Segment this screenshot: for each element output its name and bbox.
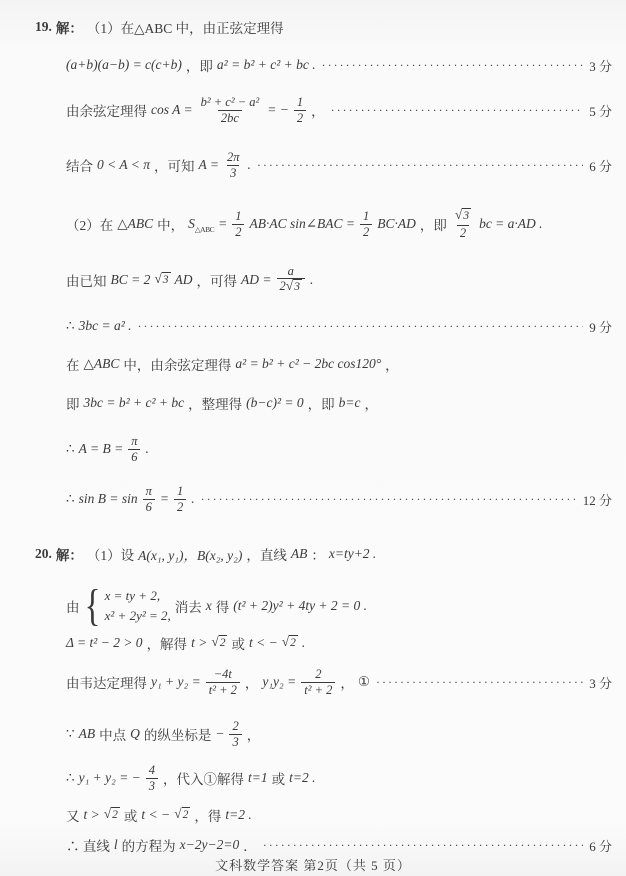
fraction-denominator: 6 — [128, 449, 140, 464]
equation-system: x = ty + 2, x² + 2y² = 2, — [105, 588, 171, 624]
math-segment: A(x₁, y₁)，B(x₂, y₂) — [138, 544, 242, 564]
q20-step-6: 又 t > √2 或 t < − √2 ，得 t=2 . — [66, 804, 252, 826]
text-segment: ，代入①解得 — [163, 768, 244, 788]
sqrt-radical: √2 — [174, 807, 190, 824]
text-segment: 由 — [66, 596, 80, 616]
math-segment: t > — [191, 635, 207, 651]
sqrt-radical: √3 — [154, 272, 170, 289]
therefore-symbol: ∴ — [66, 318, 75, 334]
fraction: −4t t² + 2 — [206, 667, 240, 697]
fraction-denominator: 2√3 — [277, 278, 305, 296]
math-segment: t=2 . — [289, 770, 315, 786]
q20-step-5: ∴ y₁ + y₂ = − 4 3 ，代入①解得 t=1 或 t=2 . — [66, 756, 316, 800]
math-segment: BC = 2 — [111, 272, 151, 288]
math-segment: t=1 — [248, 770, 268, 786]
fraction: 4 3 — [146, 763, 158, 793]
fraction-denominator: t² + 2 — [301, 682, 335, 697]
math-segment: AB·AC sin∠BAC = — [249, 216, 355, 232]
fraction-numerator: 1 — [294, 95, 306, 109]
q19-step-3: 结合 0 < A < π ，可知 A = 2π 3 . ············… — [66, 143, 612, 187]
math-segment: x=ty+2 . — [329, 546, 376, 562]
text-segment: 消去 — [175, 596, 202, 616]
math-segment: = − — [267, 102, 289, 118]
fraction: 2 t² + 2 — [301, 667, 335, 697]
fraction-numerator: 2π — [224, 150, 243, 164]
text-segment: ，解得 — [147, 633, 188, 653]
fraction-numerator: a — [285, 264, 297, 278]
text-segment: ，即 — [420, 214, 447, 234]
math-segment: x — [206, 598, 212, 614]
fraction: 2 3 — [229, 719, 241, 749]
fraction: 1 2 — [360, 209, 372, 239]
math-segment: AB — [79, 726, 96, 742]
question-number: 20. — [35, 546, 52, 562]
math-segment: x−2y−2=0 — [180, 837, 240, 853]
text-segment: 的纵坐标是 — [144, 724, 212, 744]
dotted-leader: ········································… — [138, 318, 584, 334]
q19-step-2: 由余弦定理得 cos A = b² + c² − a² 2bc = − 1 2 … — [66, 88, 612, 132]
text-segment: 又 — [66, 805, 80, 825]
math-segment: (b−c)² = 0 — [246, 395, 304, 411]
fraction-numerator: π — [143, 484, 155, 498]
solve-label: 解： — [56, 17, 83, 37]
math-segment: = — [218, 216, 227, 232]
math-segment: y₁ + y₂ = — [151, 674, 201, 690]
math-segment: AD — [175, 272, 193, 288]
math-segment: t < − — [249, 635, 278, 651]
fraction: a 2√3 — [277, 264, 305, 296]
q19-step-6: ∴ 3bc = a² . ···························… — [66, 315, 612, 337]
text-segment: ，可得 — [197, 270, 238, 290]
sqrt-radical: √3 — [455, 208, 471, 225]
q20-step-4: ∵ AB 中点 Q 的纵坐标是 − 2 3 ， — [66, 712, 260, 756]
text-segment: 或 — [231, 633, 245, 653]
text-segment: 由余弦定理得 — [66, 100, 147, 120]
text-segment: 即 — [66, 393, 80, 413]
therefore-symbol: ∴ — [66, 770, 75, 786]
text-segment: 或 — [124, 805, 138, 825]
solve-label: 解： — [56, 544, 83, 564]
answer-sheet-page: 19. 解： （1）在△ABC 中，由正弦定理得 (a+b)(a−b) = c(… — [0, 0, 626, 876]
radical-icon: √ — [104, 807, 111, 822]
fraction-denominator: 3 — [146, 778, 158, 793]
fraction: b² + c² − a² 2bc — [198, 95, 263, 125]
footer-text: 文科数学答案 第2页（共 5 页） — [215, 855, 411, 874]
math-segment: − — [215, 726, 224, 742]
text-segment: 结合 — [66, 155, 93, 175]
text-segment: ， — [365, 393, 379, 413]
score-label: 12 分 — [583, 490, 612, 509]
fraction-denominator: 3 — [227, 165, 239, 180]
fraction: 1 2 — [174, 484, 186, 514]
text-segment: ， — [311, 100, 325, 120]
fraction-numerator: 4 — [146, 763, 158, 777]
fraction-numerator: 1 — [232, 209, 244, 223]
q19-step-10: ∴ sin B = sin π 6 = 1 2 . ··············… — [66, 477, 612, 521]
q20-step-3: 由韦达定理得 y₁ + y₂ = −4t t² + 2 ， y₁y₂ = 2 t… — [66, 660, 612, 704]
text-segment: ， — [385, 354, 399, 374]
text-segment: 中，由余弦定理得 — [123, 354, 231, 374]
score-label: 6 分 — [589, 156, 612, 175]
fraction-denominator: 2 — [360, 224, 372, 239]
system-equation-1: x = ty + 2, — [105, 588, 160, 604]
math-segment: t > — [84, 807, 100, 823]
math-segment: A = — [199, 157, 220, 173]
score-label: 5 分 — [589, 101, 612, 120]
score-label: 3 分 — [589, 673, 612, 692]
fraction-denominator: 6 — [143, 499, 155, 514]
area-subscript: △ABC — [195, 225, 214, 234]
fraction-numerator: π — [128, 434, 140, 448]
text-segment: （2）在 — [66, 214, 113, 234]
math-segment: bc = a·AD . — [479, 216, 542, 232]
math-segment: t < − — [141, 807, 170, 823]
fraction-denominator: 2bc — [218, 110, 242, 125]
math-segment: a² = b² + c² + bc . — [217, 57, 316, 73]
fraction: 2π 3 — [224, 150, 243, 180]
text-segment: ： — [311, 544, 325, 564]
text-segment: 由韦达定理得 — [66, 672, 147, 692]
q19-step-9: ∴ A = B = π 6 . — [66, 427, 149, 471]
q19-header: 19. 解： （1）在△ABC 中，由正弦定理得 — [35, 16, 284, 38]
q19-step-5: 由已知 BC = 2 √3 AD ，可得 AD = a 2√3 . — [66, 258, 313, 302]
because-symbol: ∵ — [66, 726, 75, 742]
sqrt-radical: √2 — [211, 635, 227, 652]
area-symbol: S△ABC — [188, 216, 214, 232]
text-segment: ，直线 — [246, 544, 287, 564]
math-segment: 3bc = a² . — [79, 318, 132, 334]
equation-ref-circle-1: ① — [358, 674, 370, 690]
text-segment: ， — [245, 672, 259, 692]
system-brace: { — [84, 586, 100, 626]
fraction-denominator: t² + 2 — [206, 682, 240, 697]
math-segment: 0 < A < π — [97, 157, 150, 173]
fraction-denominator: 2 — [232, 224, 244, 239]
system-equation-2: x² + 2y² = 2, — [105, 608, 171, 624]
score-label: 6 分 — [589, 836, 612, 855]
radical-icon: √ — [211, 635, 218, 650]
math-segment: Q — [130, 726, 140, 742]
math-segment: . — [302, 635, 305, 651]
score-label: 9 分 — [589, 317, 612, 336]
math-segment: a² = b² + c² − 2bc cos120° — [235, 356, 381, 372]
math-segment: AB — [291, 546, 308, 562]
text-segment: 得 — [216, 596, 230, 616]
therefore-symbol: ∴ — [66, 441, 75, 457]
math-segment: . — [310, 272, 313, 288]
math-segment: △ABC — [84, 356, 120, 372]
radical-icon: √ — [282, 635, 289, 650]
text-segment: （1）在△ABC 中，由正弦定理得 — [87, 17, 284, 37]
text-segment: ，即 — [308, 393, 335, 413]
q19-step-1: (a+b)(a−b) = c(c+b) ，即 a² = b² + c² + bc… — [66, 54, 612, 76]
text-segment: 中， — [157, 214, 184, 234]
score-label: 3 分 — [589, 56, 612, 75]
dotted-leader: ········································… — [257, 157, 583, 173]
therefore-symbol: ∴ 直线 — [66, 835, 110, 855]
math-segment: y₁ + y₂ = − — [79, 770, 141, 786]
q19-step-8: 即 3bc = b² + c² + bc ，整理得 (b−c)² = 0 ，即 … — [66, 392, 378, 414]
fraction-denominator: 2 — [294, 110, 306, 125]
math-segment: y₁y₂ = — [262, 674, 296, 690]
fraction-denominator: 3 — [229, 734, 241, 749]
math-segment: . — [145, 441, 148, 457]
fraction-numerator: 1 — [360, 209, 372, 223]
text-segment: ． — [243, 835, 257, 855]
q20-header: 20. 解： （1）设 A(x₁, y₁)，B(x₂, y₂) ，直线 AB ：… — [35, 543, 376, 565]
fraction-numerator: √3 — [452, 208, 474, 225]
sqrt-radical: √2 — [282, 635, 298, 652]
q19-step-4: （2）在 △ABC 中， S△ABC = 1 2 AB·AC sin∠BAC =… — [66, 202, 543, 246]
q20-step-2: Δ = t² − 2 > 0 ，解得 t > √2 或 t < − √2 . — [66, 632, 305, 654]
fraction-numerator: 2 — [229, 719, 241, 733]
math-segment: (t² + 2)y² + 4ty + 2 = 0 . — [233, 598, 367, 614]
question-number: 19. — [35, 19, 52, 35]
dotted-leader: ········································… — [331, 102, 584, 118]
math-segment: . — [248, 157, 251, 173]
dotted-leader: ········································… — [376, 674, 583, 690]
text-segment: （1）设 — [87, 544, 134, 564]
math-segment: △ABC — [117, 216, 153, 232]
text-segment: ， — [340, 672, 354, 692]
math-segment: AD = — [241, 272, 271, 288]
fraction-numerator: b² + c² − a² — [198, 95, 263, 109]
radical-icon: √ — [154, 272, 161, 287]
dotted-leader: ········································… — [201, 491, 577, 507]
radical-icon: √ — [455, 208, 462, 223]
math-segment: = — [160, 491, 169, 507]
math-segment: 3bc = b² + c² + bc — [84, 395, 185, 411]
dotted-leader: ········································… — [322, 57, 584, 73]
fraction-denominator: 2 — [457, 225, 469, 240]
text-segment: ， — [247, 724, 261, 744]
text-segment: ，可知 — [154, 155, 195, 175]
text-segment: 在 — [66, 354, 80, 374]
math-segment: cos A = — [151, 102, 193, 118]
text-segment: ，整理得 — [188, 393, 242, 413]
fraction-numerator: −4t — [211, 667, 235, 681]
q20-step-1: 由 { x = ty + 2, x² + 2y² = 2, 消去 x 得 (t²… — [66, 580, 367, 632]
math-segment: . — [191, 491, 194, 507]
text-segment: 或 — [272, 768, 286, 788]
math-segment: A = B = — [79, 441, 124, 457]
sqrt-radical: √3 — [286, 279, 302, 296]
math-segment: t=2 . — [225, 807, 251, 823]
therefore-symbol: ∴ — [66, 491, 75, 507]
sqrt-radical: √2 — [104, 807, 120, 824]
math-segment: b=c — [339, 395, 361, 411]
text-segment: ，即 — [186, 55, 213, 75]
page-footer: 文科数学答案 第2页（共 5 页） — [0, 855, 626, 874]
radical-icon: √ — [286, 279, 293, 294]
text-segment: ，得 — [194, 805, 221, 825]
fraction: 1 2 — [232, 209, 244, 239]
fraction: √3 2 — [452, 208, 474, 240]
fraction-numerator: 2 — [312, 667, 324, 681]
math-segment: BC·AD — [377, 216, 416, 232]
fraction: 1 2 — [294, 95, 306, 125]
math-segment: (a+b)(a−b) = c(c+b) — [66, 57, 182, 73]
math-segment: sin B = sin — [79, 491, 138, 507]
text-segment: 由已知 — [66, 270, 107, 290]
q20-step-7: ∴ 直线 l 的方程为 x−2y−2=0 ． ·················… — [66, 834, 612, 856]
fraction: π 6 — [143, 484, 155, 514]
radical-icon: √ — [174, 807, 181, 822]
math-segment: l — [114, 837, 118, 853]
fraction-denominator: 2 — [174, 499, 186, 514]
fraction-numerator: 1 — [174, 484, 186, 498]
math-segment: Δ = t² − 2 > 0 — [66, 635, 143, 651]
fraction: π 6 — [128, 434, 140, 464]
text-segment: 中点 — [99, 724, 126, 744]
q19-step-7: 在 △ABC 中，由余弦定理得 a² = b² + c² − 2bc cos12… — [66, 353, 399, 375]
text-segment: 的方程为 — [122, 835, 176, 855]
dotted-leader: ········································… — [263, 837, 584, 853]
